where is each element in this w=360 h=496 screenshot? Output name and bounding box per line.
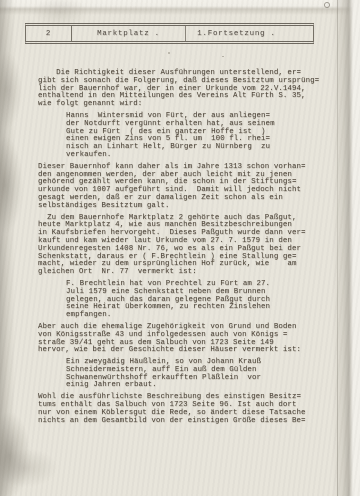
paper-speck-dot [168, 52, 170, 54]
scanned-document-page: 2 Marktplatz . 1.Fortsetzung . Die Richt… [0, 0, 360, 496]
header-continuation: 1.Fortsetzung . [186, 26, 313, 41]
page-number: 2 [26, 26, 72, 41]
quote-wintersmid: Hanns Wintersmid von Fürt, der aus anlie… [66, 113, 338, 160]
paragraph-passgut: Zu dem Bauernhofe Marktplatz 2 gehörte a… [38, 215, 338, 277]
paragraph-salbuch: Wohl die ausführlichste Beschreibung des… [38, 394, 338, 425]
paper-speck-dash [222, 56, 224, 57]
quote-brechtlein: F. Brechtlein hat von Prechtel zu Fürt a… [66, 281, 338, 320]
header-title: Marktplatz . [72, 26, 186, 41]
document-body: Die Richtigkeit dieser Ausführungen unte… [38, 70, 338, 429]
quote-haeusslein: Ein zweygädig Häußlein, so von Johann Kr… [66, 359, 338, 390]
paper-speck-ring [324, 2, 330, 8]
paragraph-intro: Die Richtigkeit dieser Ausführungen unte… [38, 70, 338, 109]
paragraph-bauernhof-1313: Dieser Bauernhof kann daher als im Jahre… [38, 164, 338, 211]
paragraph-koenigsstrasse: Aber auch die ehemalige Zugehörigkeit vo… [38, 324, 338, 355]
header-table: 2 Marktplatz . 1.Fortsetzung . [25, 23, 314, 44]
